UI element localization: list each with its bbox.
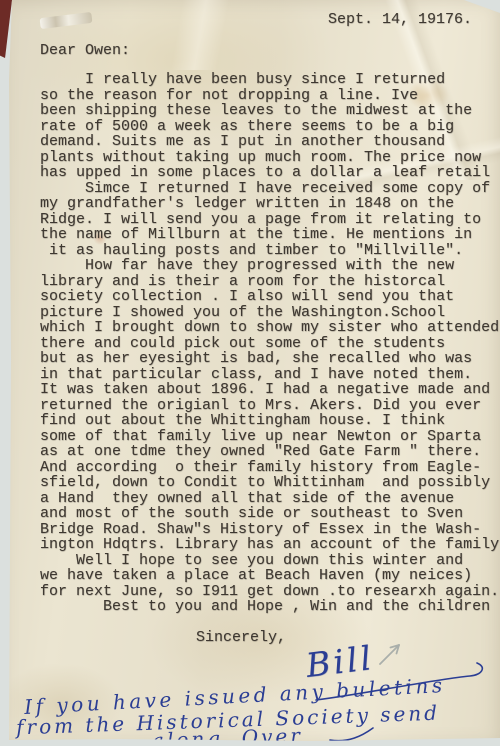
closing-line: Sincerely, [196, 630, 286, 646]
signature-flourish [316, 663, 482, 700]
postscript-line-2: from the Historical Society send [16, 701, 441, 740]
letter-paper: Sept. 14, 19176. Dear Owen: I really hav… [0, 0, 500, 746]
paper-crease [90, 0, 310, 70]
postscript-line-1: If you have issued any buletins [24, 673, 446, 719]
staple-mark [40, 12, 93, 29]
over-arrow-flourish [330, 728, 373, 741]
letter-body: I really have been busy since I returned… [40, 72, 499, 615]
signature-handwritten: Bill [304, 638, 376, 685]
postscript-line-3: along. Over [152, 723, 304, 746]
salutation: Dear Owen: [40, 43, 130, 59]
date-line: Sept. 14, 19176. [328, 12, 472, 28]
pencil-arrow-icon [380, 645, 399, 664]
